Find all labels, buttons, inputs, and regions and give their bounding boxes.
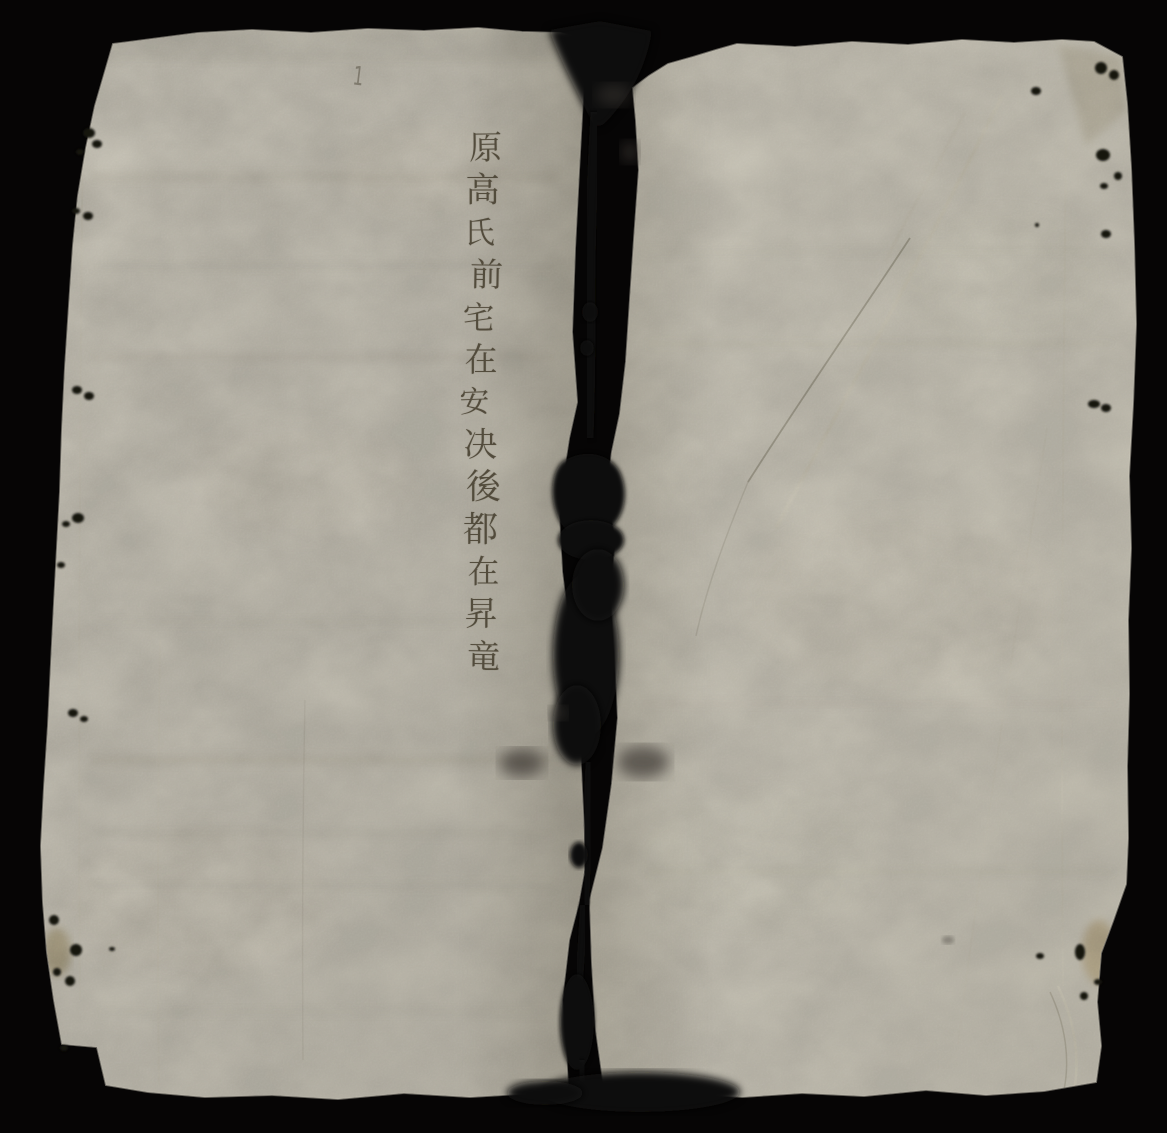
worm-hole xyxy=(1035,223,1039,227)
worm-hole xyxy=(72,208,80,214)
worm-hole xyxy=(1101,404,1111,412)
manuscript-spread xyxy=(0,0,1167,1133)
worm-hole xyxy=(1096,149,1110,161)
worm-hole xyxy=(92,140,102,148)
worm-hole xyxy=(83,212,93,220)
worm-hole xyxy=(1095,62,1107,74)
left-page-sheet xyxy=(35,20,595,1110)
worm-hole xyxy=(1114,172,1122,180)
worm-hole xyxy=(62,521,70,527)
worm-hole xyxy=(70,944,82,956)
texture-grain-right xyxy=(580,20,1150,1105)
worm-hole xyxy=(49,915,59,925)
worm-hole xyxy=(72,513,84,523)
worm-hole xyxy=(1088,400,1100,408)
photograph-stage: 原高氏前宅在安决後都在昇竜 1 xyxy=(0,0,1167,1133)
worm-hole xyxy=(83,128,95,138)
worm-hole xyxy=(1036,953,1044,959)
worm-hole xyxy=(76,149,84,155)
worm-hole xyxy=(65,976,75,986)
worm-hole xyxy=(1075,944,1085,960)
worm-hole xyxy=(60,1045,68,1051)
worm-hole xyxy=(1080,992,1088,1000)
worm-hole xyxy=(84,392,94,400)
worm-hole xyxy=(80,716,88,722)
right-page-sheet xyxy=(580,20,1150,1110)
worm-hole xyxy=(72,386,82,394)
worm-hole xyxy=(1100,183,1108,189)
worm-hole xyxy=(1109,70,1119,80)
worm-hole xyxy=(1031,87,1041,95)
worm-hole xyxy=(53,968,61,976)
worm-hole xyxy=(57,562,65,568)
worm-hole xyxy=(109,947,115,951)
worm-hole xyxy=(1094,979,1102,985)
worm-hole xyxy=(68,709,78,717)
texture-grain-left xyxy=(35,20,595,1105)
worm-hole xyxy=(1101,230,1111,238)
